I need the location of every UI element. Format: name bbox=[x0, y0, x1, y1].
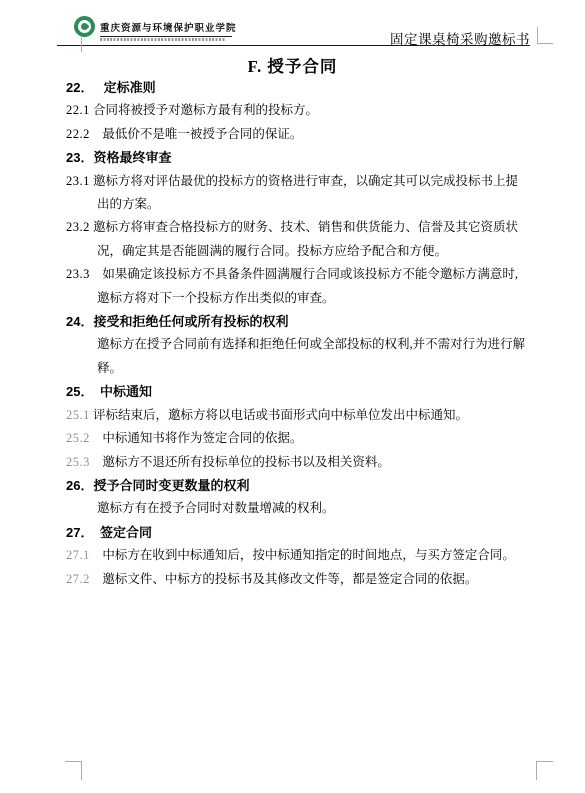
clause-text: 合同将被授予对邀标方最有利的投标方。 bbox=[93, 103, 318, 117]
section-heading: 27． 签定合同 bbox=[66, 521, 530, 544]
clause-number-gap bbox=[90, 572, 103, 586]
clause: 25.1 评标结束后，邀标方将以电话或书面形式向中标单位发出中标通知。 bbox=[66, 404, 530, 427]
clause-text: 最低价不是唯一被授予合同的保证。 bbox=[102, 127, 302, 141]
section-heading: 26．授予合同时变更数量的权利 bbox=[66, 474, 530, 497]
crop-mark-bottom-right bbox=[536, 761, 537, 780]
clause-number: 22.1 bbox=[66, 103, 90, 117]
clause-text: 邀标方有在授予合同时对数量增减的权利。 bbox=[97, 501, 335, 515]
clause-text: 中标通知书将作为签定合同的依据。 bbox=[102, 431, 302, 445]
college-name: 重庆资源与环境保护职业学院 bbox=[100, 20, 232, 37]
clause-text: 如果确定该投标方不具备条件圆满履行合同或该投标方不能令邀标方满意时,邀标方将对下… bbox=[97, 267, 518, 304]
clause: 22.2 最低价不是唯一被授予合同的保证。 bbox=[66, 123, 530, 146]
clause-text: 中标方在收到中标通知后，按中标通知指定的时间地点，与买方签定合同。 bbox=[102, 548, 515, 562]
clause: 25.2 中标通知书将作为签定合同的依据。 bbox=[66, 427, 530, 450]
clause-number-gap bbox=[90, 548, 103, 562]
clause-text: 评标结束后，邀标方将以电话或书面形式向中标单位发出中标通知。 bbox=[93, 408, 468, 422]
section-heading: 22． 定标准则 bbox=[66, 76, 530, 99]
clause-text: 邀标方将审查合格投标方的财务、技术、销售和供货能力、信誉及其它资质状况，确定其是… bbox=[93, 220, 518, 257]
clause: 27.1 中标方在收到中标通知后，按中标通知指定的时间地点，与买方签定合同。 bbox=[66, 544, 530, 567]
crop-mark-bottom-left bbox=[65, 761, 81, 762]
section-heading: 23．资格最终审查 bbox=[66, 146, 530, 169]
college-logo-inner-ring bbox=[78, 20, 91, 33]
clause-number: 22.2 bbox=[66, 127, 90, 141]
crop-mark-top-right bbox=[537, 27, 538, 43]
clause: 23.3 如果确定该投标方不具备条件圆满履行合同或该投标方不能令邀标方满意时,邀… bbox=[66, 263, 530, 310]
college-logo-leaf-icon bbox=[80, 22, 90, 32]
crop-mark-top-left bbox=[81, 38, 82, 52]
clause-number: 23.2 bbox=[66, 220, 90, 234]
clause: 25.3 邀标方不退还所有投标单位的投标书以及相关资料。 bbox=[66, 451, 530, 474]
section-heading: 24．接受和拒绝任何或所有投标的权利 bbox=[66, 310, 530, 333]
page-title: F. 授予合同 bbox=[0, 53, 585, 77]
college-header: 重庆资源与环境保护职业学院 bbox=[100, 20, 232, 41]
crop-mark-bottom-right bbox=[536, 761, 553, 762]
crop-mark-top-right bbox=[537, 43, 553, 44]
clause: 邀标方在授予合同前有选择和拒绝任何或全部投标的权利,并不需对行为进行解释。 bbox=[66, 333, 530, 380]
clause-number-gap bbox=[90, 455, 103, 469]
clause-number-gap bbox=[90, 127, 103, 141]
clause: 23.2 邀标方将审查合格投标方的财务、技术、销售和供货能力、信誉及其它资质状况… bbox=[66, 216, 530, 263]
college-logo-icon bbox=[74, 16, 95, 37]
clause-number: 27.2 bbox=[66, 572, 90, 586]
clause: 22.1 合同将被授予对邀标方最有利的投标方。 bbox=[66, 99, 530, 122]
crop-mark-bottom-left bbox=[81, 761, 82, 780]
clause-text: 邀标方不退还所有投标单位的投标书以及相关资料。 bbox=[102, 455, 390, 469]
college-english-subtext-line bbox=[100, 38, 226, 41]
clause-number-gap bbox=[90, 267, 103, 281]
clause: 邀标方有在授予合同时对数量增减的权利。 bbox=[66, 497, 530, 520]
clause: 27.2 邀标文件、中标方的投标书及其修改文件等，都是签定合同的依据。 bbox=[66, 568, 530, 591]
clause-number: 27.1 bbox=[66, 548, 90, 562]
clause-text: 邀标文件、中标方的投标书及其修改文件等，都是签定合同的依据。 bbox=[102, 572, 477, 586]
clause-number: 25.2 bbox=[66, 431, 90, 445]
clause-number: 23.1 bbox=[66, 174, 90, 188]
clause-number: 25.3 bbox=[66, 455, 90, 469]
clause-number-gap bbox=[90, 431, 103, 445]
document-body: 22． 定标准则22.1 合同将被授予对邀标方最有利的投标方。22.2 最低价不… bbox=[66, 76, 530, 591]
document-page: 重庆资源与环境保护职业学院 固定课桌椅采购邀标书 F. 授予合同 22． 定标准… bbox=[0, 0, 585, 793]
clause-number: 23.3 bbox=[66, 267, 90, 281]
clause-text: 邀标方将对评估最优的投标方的资格进行审查，以确定其可以完成投标书上提出的方案。 bbox=[93, 174, 518, 211]
clause-text: 邀标方在授予合同前有选择和拒绝任何或全部投标的权利,并不需对行为进行解释。 bbox=[97, 337, 525, 374]
clause: 23.1 邀标方将对评估最优的投标方的资格进行审查，以确定其可以完成投标书上提出… bbox=[66, 170, 530, 217]
header-rule bbox=[57, 45, 530, 46]
section-heading: 25． 中标通知 bbox=[66, 380, 530, 403]
clause-number: 25.1 bbox=[66, 408, 90, 422]
